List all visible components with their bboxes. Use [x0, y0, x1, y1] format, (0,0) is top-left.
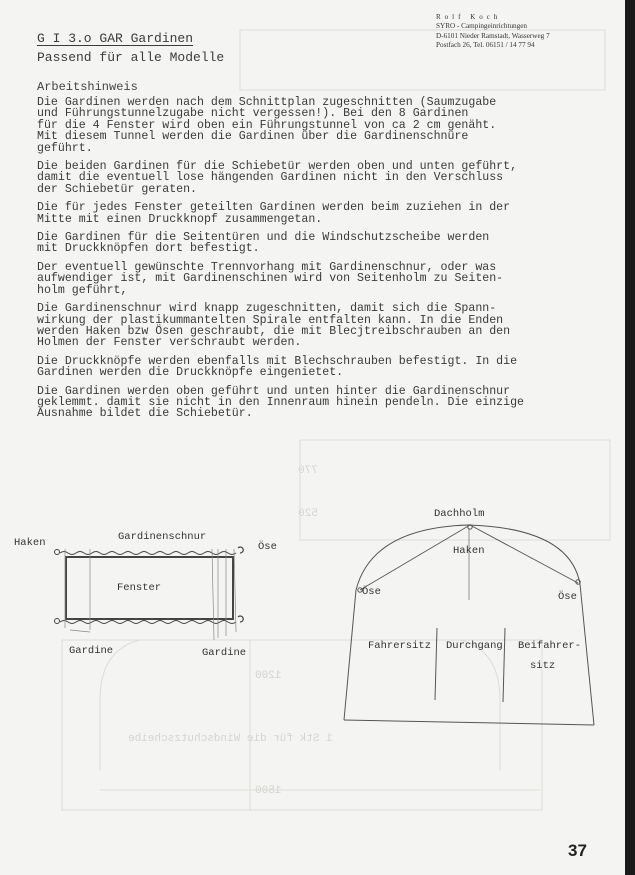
label-roof-beam: Dachholm	[434, 508, 484, 520]
label-driver-seat: Fahrersitz	[368, 640, 431, 652]
label-passenger-seat-cont: sitz	[530, 660, 555, 672]
label-eye-right: Öse	[558, 591, 577, 603]
document-page: 1 Stk für die Windschutzscheibe 1500 120…	[0, 0, 625, 875]
label-passenger-seat: Beifahrer-	[518, 640, 581, 652]
partition-diagram	[0, 0, 625, 875]
page-number: 37	[568, 841, 587, 861]
label-hook: Haken	[453, 545, 485, 557]
scan-edge	[625, 0, 635, 875]
label-eye-left: Öse	[362, 586, 381, 598]
label-aisle: Durchgang	[446, 640, 503, 652]
